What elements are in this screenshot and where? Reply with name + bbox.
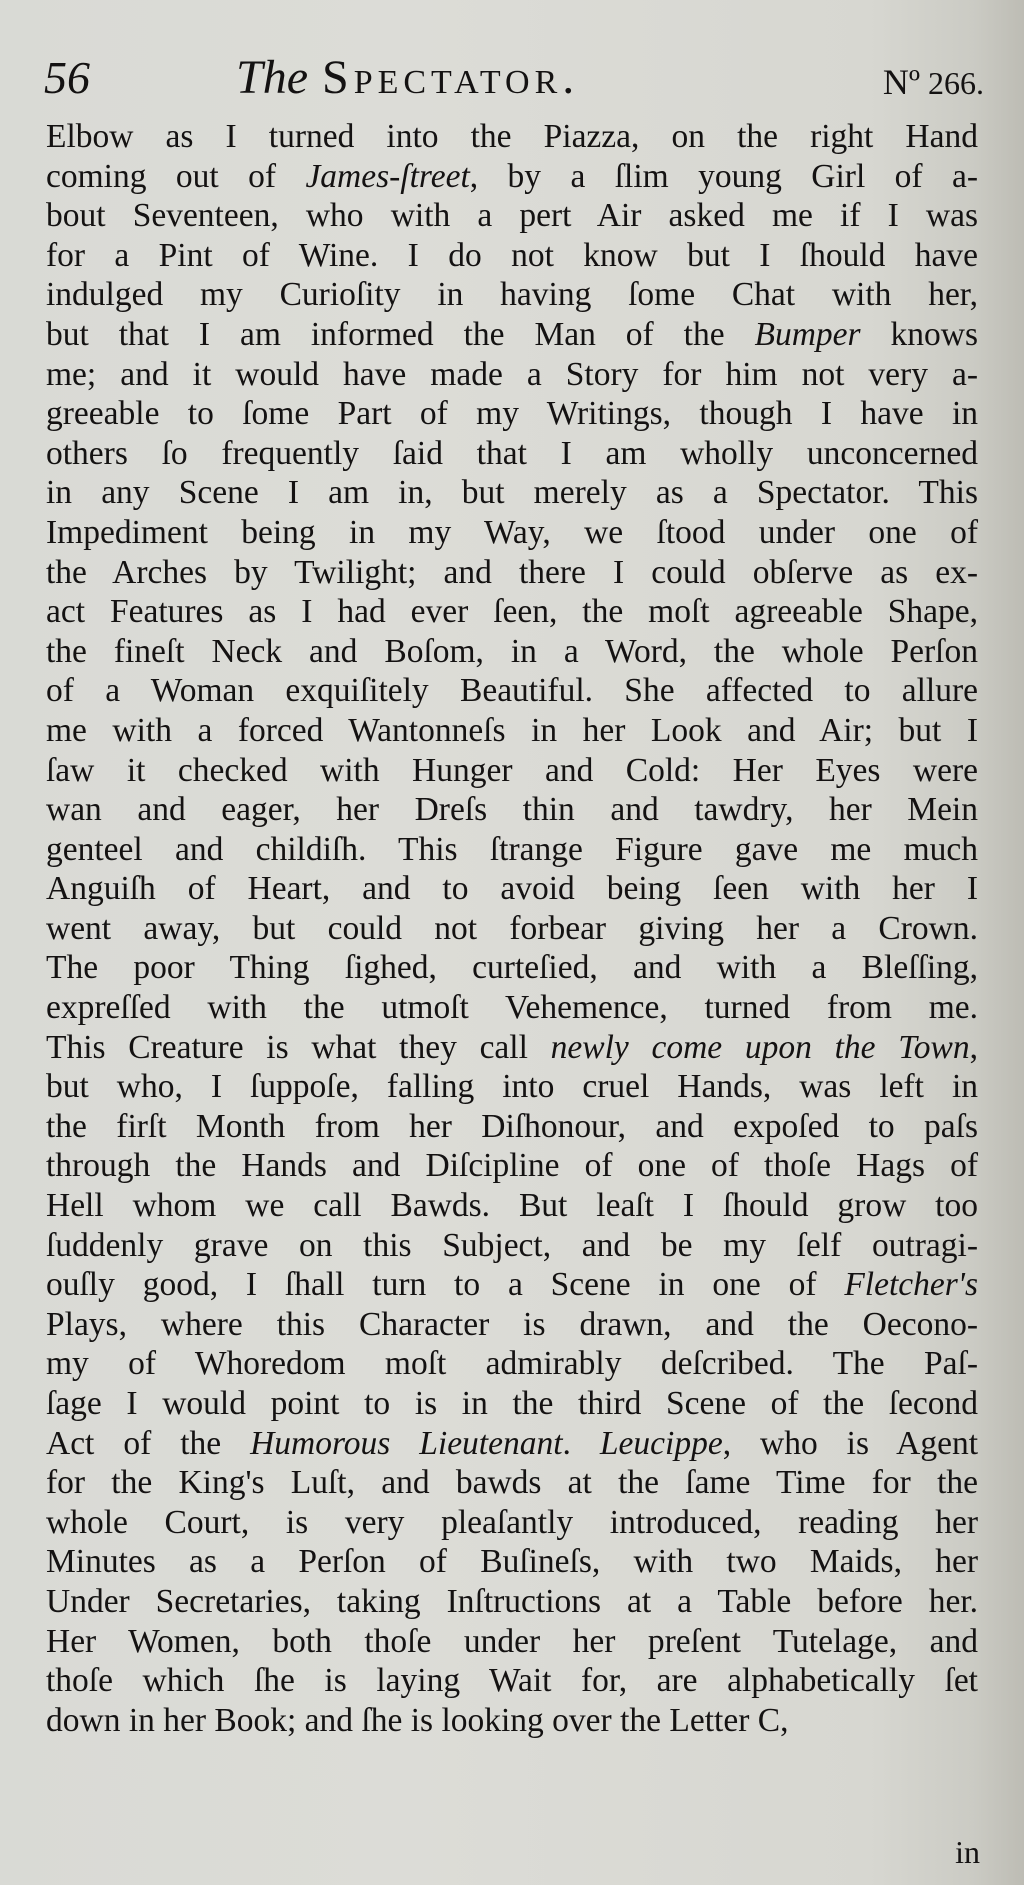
italic-phrase: Bumper [755, 316, 861, 353]
text-line: whole Court, is very pleaſantly introduc… [46, 1503, 978, 1543]
italic-phrase: Leucippe [600, 1425, 723, 1462]
text-line: ſuddenly grave on this Subject, and be m… [46, 1226, 978, 1266]
text-line: the firſt Month from her Diſhonour, and … [46, 1107, 978, 1147]
body-text: Elbow as I turned into the Piazza, on th… [46, 117, 978, 1740]
text-line: wan and eager, her Dreſs thin and tawdry… [46, 790, 978, 830]
italic-phrase: Humorous Lieutenant [250, 1425, 562, 1462]
title-prefix: The [236, 51, 308, 104]
text-line: the fineſt Neck and Boſom, in a Word, th… [46, 632, 978, 672]
page-number: 56 [44, 48, 90, 108]
issue-value: 266. [928, 65, 984, 101]
text-line: went away, but could not forbear giving … [46, 909, 978, 949]
text-line: thoſe which ſhe is laying Wait for, are … [46, 1661, 978, 1701]
text-line: my of Whoredom moſt admirably deſcribed.… [46, 1344, 978, 1384]
text-line: Her Women, both thoſe under her preſent … [46, 1622, 978, 1662]
text-line: the Arches by Twilight; and there I coul… [46, 553, 978, 593]
text-line: for the King's Luſt, and bawds at the ſa… [46, 1463, 978, 1503]
text-line: ſage I would point to is in the third Sc… [46, 1384, 978, 1424]
text-line: ſaw it checked with Hunger and Cold: Her… [46, 751, 978, 791]
text-line: in any Scene I am in, but merely as a Sp… [46, 473, 978, 513]
text-line: genteel and childiſh. This ſtrange Figur… [46, 830, 978, 870]
text-line: This Creature is what they call newly co… [46, 1028, 978, 1068]
text-line: Hell whom we call Bawds. But leaſt I ſho… [46, 1186, 978, 1226]
issue-number: Nº266. [883, 54, 984, 111]
text-line: Under Secretaries, taking Inſtructions a… [46, 1582, 978, 1622]
journal-title: TheSpectator. [236, 48, 579, 108]
text-line: coming out of James-ſtreet, by a ſlim yo… [46, 157, 978, 197]
text-line: bout Seventeen, who with a pert Air aske… [46, 196, 978, 236]
text-line: me; and it would have made a Story for h… [46, 355, 978, 395]
text-line: through the Hands and Diſcipline of one … [46, 1146, 978, 1186]
text-line: Plays, where this Character is drawn, an… [46, 1305, 978, 1345]
text-line: ouſly good, I ſhall turn to a Scene in o… [46, 1265, 978, 1305]
text-line: down in her Book; and ſhe is looking ove… [46, 1701, 978, 1741]
italic-phrase: Fletcher's [844, 1266, 978, 1303]
italic-phrase: James-ſtreet [305, 158, 469, 195]
text-line: The poor Thing ſighed, curteſied, and wi… [46, 948, 978, 988]
issue-label: Nº [883, 62, 920, 102]
text-line: Anguiſh of Heart, and to avoid being ſee… [46, 869, 978, 909]
italic-phrase: newly come upon the Town [551, 1029, 970, 1066]
text-line: for a Pint of Wine. I do not know but I … [46, 236, 978, 276]
text-line: but who, I ſuppoſe, falling into cruel H… [46, 1067, 978, 1107]
text-line: Minutes as a Perſon of Buſineſs, with tw… [46, 1542, 978, 1582]
catchword: in [955, 1832, 980, 1872]
running-head: 56 TheSpectator. Nº266. [44, 48, 984, 108]
text-line: me with a forced Wantonneſs in her Look … [46, 711, 978, 751]
text-line: but that I am informed the Man of the Bu… [46, 315, 978, 355]
title-name: Spectator. [322, 51, 579, 104]
text-line: of a Woman exquiſitely Beautiful. She af… [46, 671, 978, 711]
text-line: greeable to ſome Part of my Writings, th… [46, 394, 978, 434]
text-line: Impediment being in my Way, we ſtood und… [46, 513, 978, 553]
text-line: Act of the Humorous Lieutenant. Leucippe… [46, 1424, 978, 1464]
text-line: Elbow as I turned into the Piazza, on th… [46, 117, 978, 157]
text-line: expreſſed with the utmoſt Vehemence, tur… [46, 988, 978, 1028]
text-line: act Features as I had ever ſeen, the moſ… [46, 592, 978, 632]
text-line: indulged my Curioſity in having ſome Cha… [46, 275, 978, 315]
text-line: others ſo frequently ſaid that I am whol… [46, 434, 978, 474]
book-page: 56 TheSpectator. Nº266. Elbow as I turne… [0, 0, 1024, 1885]
